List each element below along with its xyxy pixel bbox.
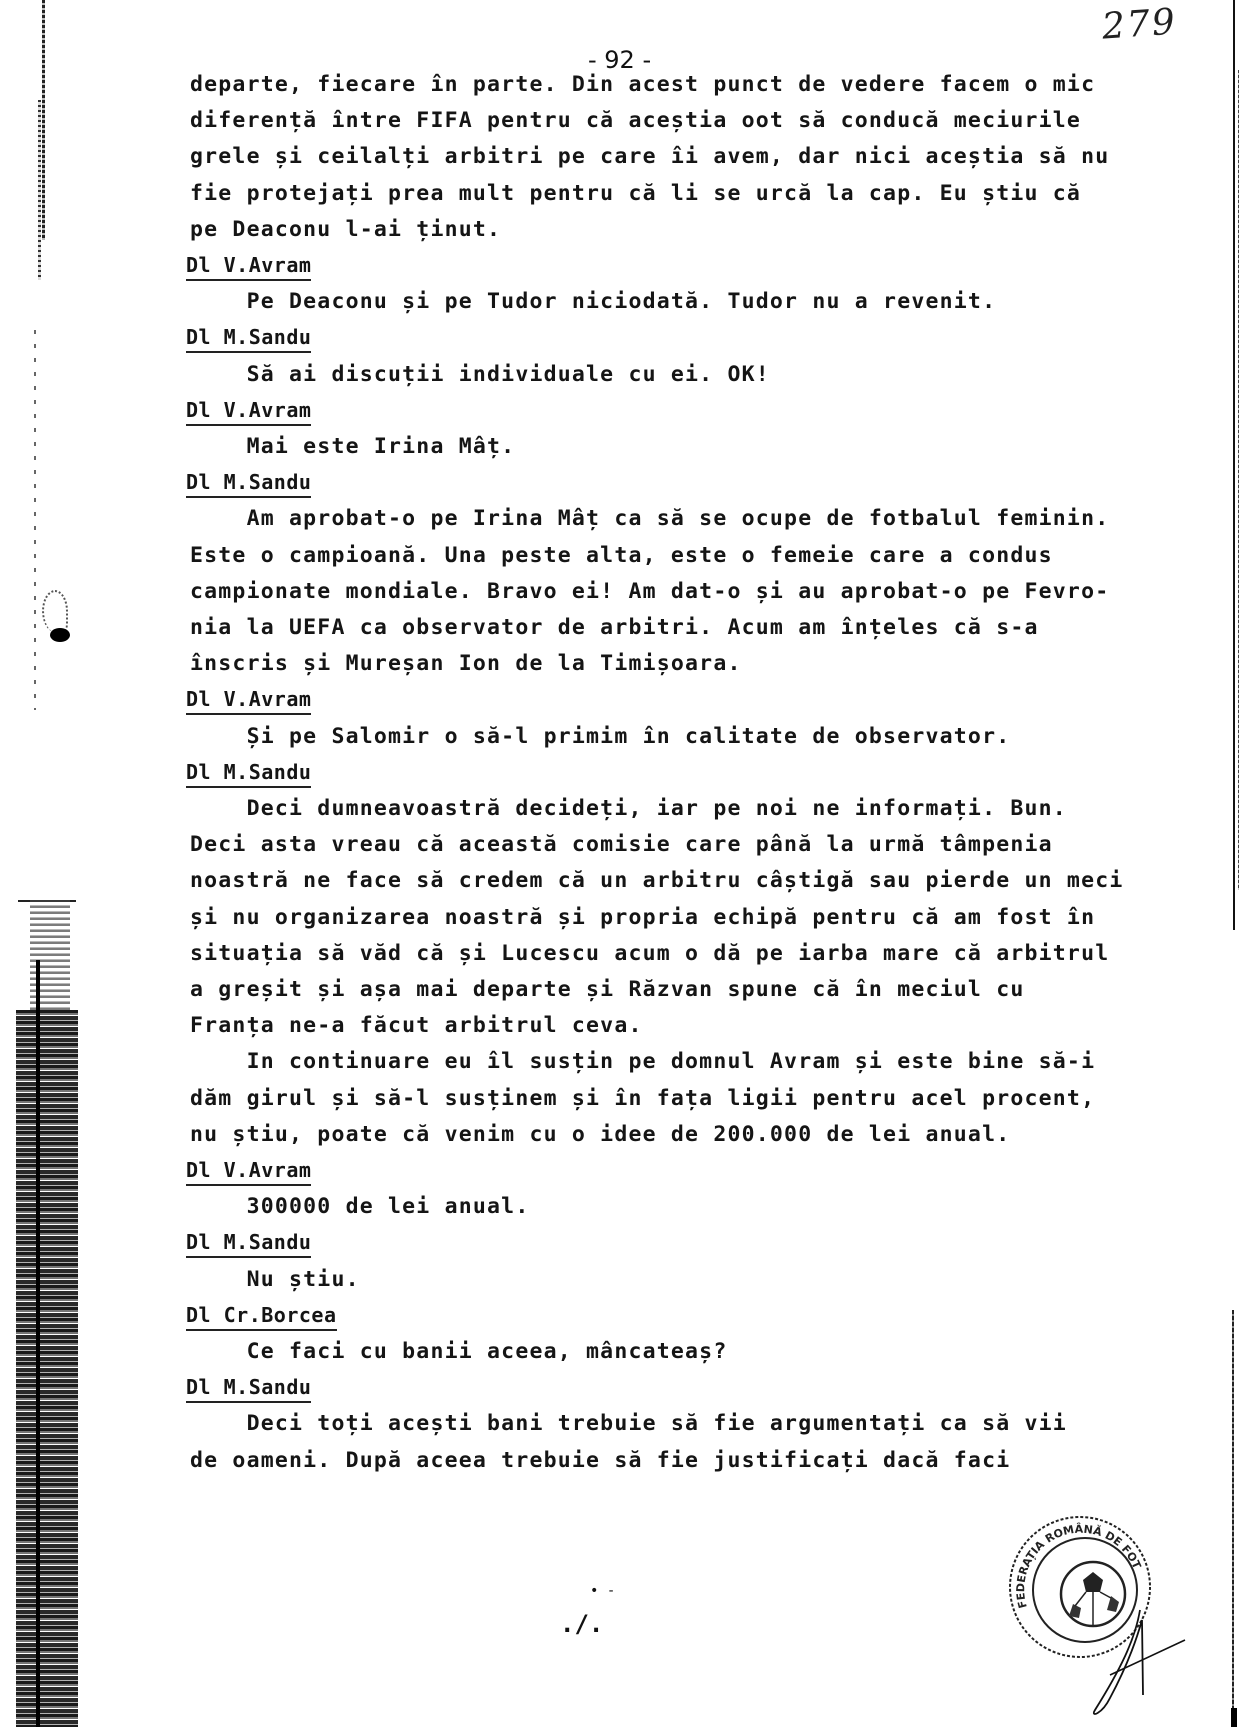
speaker-label: Dl V.Avram [186,253,311,281]
binding-edge-artifact [34,330,36,710]
signature-icon [1080,1600,1190,1720]
transcript-line: dăm girul și să-l susținem și în fața li… [190,1086,1095,1111]
transcript-line: a greșit și așa mai departe și Răzvan sp… [190,977,1025,1002]
svg-text:FEDERAȚIA ROMÂNĂ DE FOTBAL: FEDERAȚIA ROMÂNĂ DE FOTBAL [1005,1512,1144,1610]
transcript-line: In continuare eu îl susțin pe domnul Avr… [190,1049,1095,1074]
speaker-label: Dl M.Sandu [186,470,311,498]
transcript-line: departe, fiecare în parte. Din acest pun… [190,72,1095,97]
transcript-line: Deci dumneavoastră decideți, iar pe noi … [190,796,1067,821]
transcript-line: Și pe Salomir o să-l primim în calitate … [190,724,1010,749]
transcript-line: campionate mondiale. Bravo ei! Am dat-o … [190,579,1109,604]
transcript-line: de oameni. După aceea trebuie să fie jus… [190,1448,1010,1473]
binding-edge-shadow [16,1010,78,1727]
binding-edge-artifact [38,100,41,280]
speaker-label: Dl M.Sandu [186,1230,311,1258]
transcript-line: Să ai discuții individuale cu ei. OK! [190,362,770,387]
transcript-line: Mai este Irina Mâț. [190,434,515,459]
transcript-line: Pe Deaconu și pe Tudor niciodată. Tudor … [190,289,996,314]
transcript-line: Deci toți acești bani trebuie să fie arg… [190,1411,1067,1436]
transcript-line: pe Deaconu l-ai ținut. [190,217,501,242]
speaker-label: Dl V.Avram [186,687,311,715]
transcript-line: nu știu, poate că venim cu o idee de 200… [190,1122,1010,1147]
page-edge-line [1233,0,1235,930]
page-edge-mark [1231,1708,1237,1727]
speaker-label: Dl M.Sandu [186,760,311,788]
binding-edge-artifact [42,0,45,240]
transcript-line: Este o campioană. Una peste alta, este o… [190,543,1053,568]
transcript-line: fie protejați prea mult pentru că li se … [190,181,1081,206]
transcript-line: Nu știu. [190,1267,360,1292]
speaker-label: Dl Cr.Borcea [186,1303,337,1331]
page-edge-line [1232,1310,1234,1727]
transcript-line: Ce faci cu banii aceea, mâncateaș? [190,1339,727,1364]
continuation-mark: ./. [560,1610,603,1638]
speaker-label: Dl V.Avram [186,1158,311,1186]
continuation-dots: • - [590,1583,615,1599]
transcript-line: și nu organizarea noastră și propria ech… [190,905,1095,930]
transcript-line: grele și ceilalți arbitri pe care îi ave… [190,144,1109,169]
page-edge-line [1238,70,1239,890]
binding-edge-artifact [36,960,40,1727]
transcript-line: Deci asta vreau că această comisie care … [190,832,1053,857]
transcript-line: 300000 de lei anual. [190,1194,529,1219]
binding-hole-artifact [50,628,70,642]
document-page: 279 - 92 - departe, fiecare în parte. Di… [0,0,1248,1727]
transcript-line: înscris și Mureșan Ion de la Timișoara. [190,651,742,676]
speaker-label: Dl M.Sandu [186,1375,311,1403]
transcript-line: nia la UEFA ca observator de arbitri. Ac… [190,615,1039,640]
speaker-label: Dl M.Sandu [186,325,311,353]
stamp-text: FEDERAȚIA ROMÂNĂ DE FOTBAL [1005,1512,1144,1610]
transcript-line: diferență între FIFA pentru că aceștia o… [190,108,1081,133]
speaker-label: Dl V.Avram [186,398,311,426]
transcript-line: noastră ne face să credem că un arbitru … [190,868,1124,893]
transcript-line: Franța ne-a făcut arbitrul ceva. [190,1013,643,1038]
transcript-line: Am aprobat-o pe Irina Mâț ca să se ocupe… [190,506,1109,531]
page-number: - 92 - [588,46,651,74]
transcript-line: situația să văd că și Lucescu acum o dă … [190,941,1109,966]
binding-hook-artifact [42,590,68,632]
archive-folio-number: 279 [1101,1,1178,47]
